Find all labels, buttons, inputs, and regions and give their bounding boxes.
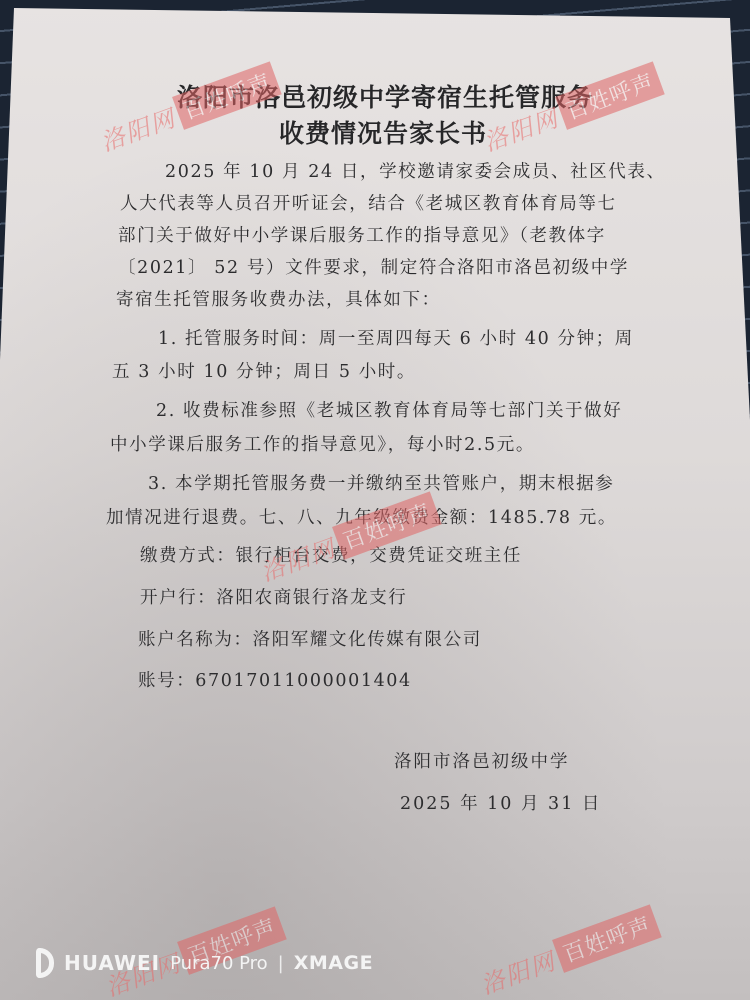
paragraph-line: 人大代表等人员召开听证会，结合《老城区教育体育局等七 — [120, 190, 617, 215]
notice-document: 洛阳市洛邑初级中学寄宿生托管服务 收费情况告家长书 2025 年 10 月 24… — [0, 0, 750, 1000]
account-number: 账号：67017011000001404 — [138, 667, 412, 692]
document-title-line2: 收费情况告家长书 — [8, 114, 750, 150]
document-title-line1: 洛阳市洛邑初级中学寄宿生托管服务 — [10, 78, 750, 114]
paragraph-line: 〔2021〕 52 号）文件要求，制定符合洛阳市洛邑初级中学 — [118, 254, 629, 279]
signature-date: 2025 年 10 月 31 日 — [400, 790, 601, 815]
camera-model: Pura70 Pro — [170, 953, 268, 974]
list-item-1-line1: 1. 托管服务时间：周一至周四每天 6 小时 40 分钟；周 — [158, 325, 634, 350]
list-item-3-line2: 加情况进行退费。七、八、九年级缴费金额：1485.78 元。 — [106, 504, 617, 529]
camera-mode: XMAGE — [294, 952, 373, 974]
bank-name: 开户行：洛阳农商银行洛龙支行 — [140, 584, 407, 609]
list-item-1-line2: 五 3 小时 10 分钟；周日 5 小时。 — [112, 358, 416, 383]
signature-school: 洛阳市洛邑初级中学 — [394, 748, 570, 773]
camera-logo-icon — [36, 948, 54, 978]
list-item-3-line1: 3. 本学期托管服务费一并缴纳至共管账户，期末根据参 — [148, 470, 614, 495]
camera-watermark: HUAWEI Pura70 Pro | XMAGE — [36, 948, 373, 978]
list-item-2-line2: 中小学课后服务工作的指导意见》，每小时2.5元。 — [110, 431, 535, 456]
list-item-2-line1: 2. 收费标准参照《老城区教育体育局等七部门关于做好 — [156, 397, 622, 422]
account-name: 账户名称为：洛阳军耀文化传媒有限公司 — [138, 626, 482, 651]
camera-separator: | — [278, 953, 284, 974]
paragraph-line: 2025 年 10 月 24 日，学校邀请家委会成员、社区代表、 — [165, 158, 666, 183]
payment-method: 缴费方式：银行柜台交费，交费凭证交班主任 — [140, 542, 522, 567]
paragraph-line: 寄宿生托管服务收费办法，具体如下： — [116, 286, 441, 311]
paragraph-line: 部门关于做好中小学课后服务工作的指导意见》（老教体字 — [118, 222, 606, 247]
camera-brand: HUAWEI — [64, 951, 160, 975]
